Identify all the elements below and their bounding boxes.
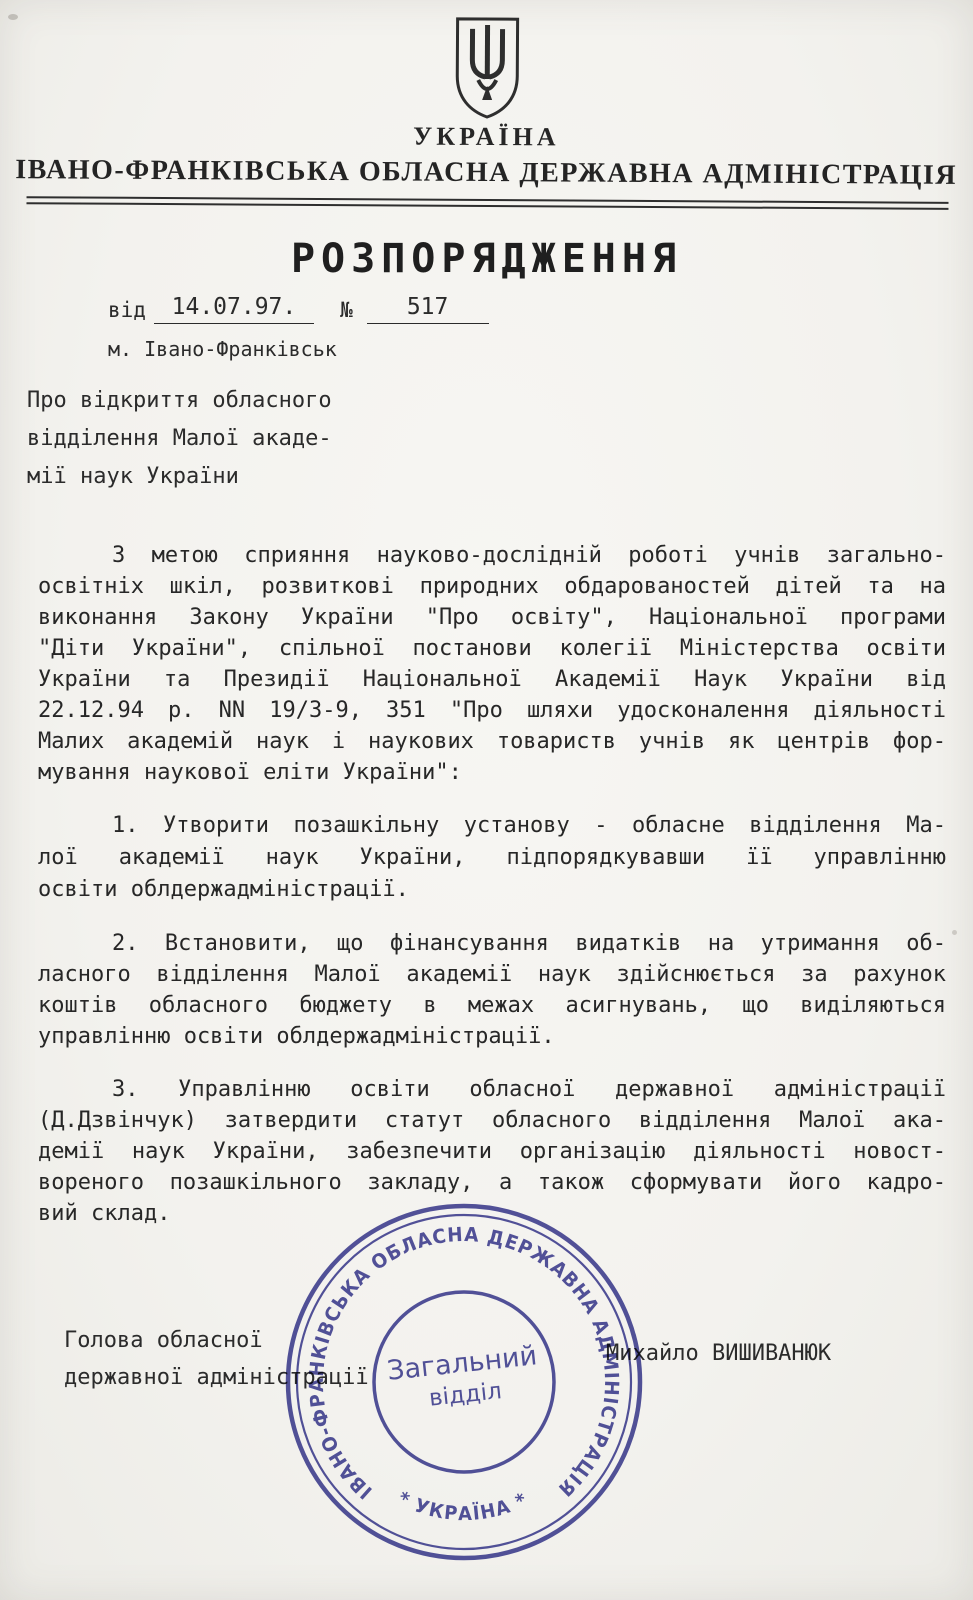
body-line: 2. Встановити, що фінансування видатків … xyxy=(38,928,946,959)
trident-coat-of-arms-icon xyxy=(450,16,525,120)
city-line: м. Івано-Франківськ xyxy=(108,337,337,361)
body-line: 3. Управлінню освіти обласної державної … xyxy=(38,1074,946,1105)
body-line: України та Президії Національної Академі… xyxy=(38,664,946,695)
body-line: 22.12.94 р. NN 19/3-9, 351 "Про шляхи уд… xyxy=(38,695,946,726)
body-line: "Діти України", спільної постанови колег… xyxy=(38,633,946,664)
date-label: від xyxy=(108,298,146,324)
organization-name: ІВАНО-ФРАНКІВСЬКА ОБЛАСНА ДЕРЖАВНА АДМІН… xyxy=(0,154,973,192)
body-line: коштів обласного бюджету в межах асигнув… xyxy=(38,990,946,1021)
stamp-center-line-1: Загальний xyxy=(386,1340,539,1387)
subject-line: відділення Малої акаде- xyxy=(27,420,387,458)
body-line: виконання Закону України "Про освіту", Н… xyxy=(38,602,946,633)
body-line: мування наукової еліти України": xyxy=(38,757,946,788)
number-label: № xyxy=(340,298,353,324)
subject-line: Про відкриття обласного xyxy=(27,382,387,420)
body-line: демії наук України, забезпечити організа… xyxy=(38,1136,946,1167)
body-line: 1. Утворити позашкільну установу - облас… xyxy=(38,810,946,842)
subject-block: Про відкриття обласного відділення Малої… xyxy=(27,382,387,496)
date-number-line: від14.07.97.№517 xyxy=(108,294,489,324)
body-line: (Д.Дзвінчук) затвердити статут обласного… xyxy=(38,1105,946,1136)
scan-speck xyxy=(952,930,957,935)
subject-line: мії наук України xyxy=(27,458,387,496)
body-line: освіти облдержадміністрації. xyxy=(38,874,946,906)
paragraph-item-1: 1. Утворити позашкільну установу - облас… xyxy=(38,810,946,906)
body-line: лої академії наук України, підпорядкував… xyxy=(38,842,946,874)
paragraph-intro: З метою сприяння науково-дослідній робот… xyxy=(38,540,946,788)
document-title: РОЗПОРЯДЖЕННЯ xyxy=(0,236,973,282)
body-line: освітніх шкіл, розвиткові природних обда… xyxy=(38,571,946,602)
paragraph-item-2: 2. Встановити, що фінансування видатків … xyxy=(38,928,946,1052)
body-line: ласного відділення Малої академії наук з… xyxy=(38,959,946,990)
stamp-country-text: * УКРАЇНА * xyxy=(394,1487,531,1525)
header-divider xyxy=(26,196,948,210)
document-page: УКРАЇНА ІВАНО-ФРАНКІВСЬКА ОБЛАСНА ДЕРЖАВ… xyxy=(0,0,973,1600)
svg-text:* УКРАЇНА *: * УКРАЇНА * xyxy=(394,1487,531,1525)
body-line: З метою сприяння науково-дослідній робот… xyxy=(38,540,946,571)
body-line: Малих академій наук і наукових товариств… xyxy=(38,726,946,757)
country-name: УКРАЇНА xyxy=(0,119,973,155)
stamp-center-line-2: відділ xyxy=(428,1378,503,1411)
date-value: 14.07.97. xyxy=(154,294,314,324)
scan-speck xyxy=(8,14,18,20)
body-line: управлінню освіти облдержадміністрації. xyxy=(38,1021,946,1052)
official-round-stamp: ІВАНО-ФРАНКІВСЬКА ОБЛАСНА ДЕРЖАВНА АДМІН… xyxy=(274,1192,654,1572)
number-value: 517 xyxy=(367,294,489,324)
letterhead: УКРАЇНА ІВАНО-ФРАНКІВСЬКА ОБЛАСНА ДЕРЖАВ… xyxy=(1,0,973,3)
